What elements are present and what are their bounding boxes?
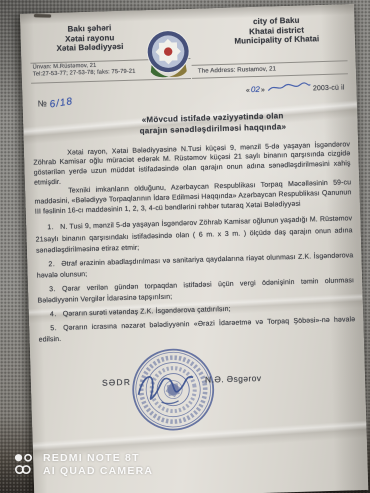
official-round-stamp-icon (121, 338, 225, 442)
date-year: 2003-cü il (313, 84, 345, 92)
pen-mark (34, 14, 51, 17)
watermark-line2: AI QUAD CAMERA (43, 465, 153, 478)
document-number-field: №6/18 (38, 97, 74, 109)
date-quote-open: « (246, 87, 250, 94)
item-text: N. Tusi 9, mənzil 5-də yaşayan İsgəndəro… (36, 216, 353, 255)
handwritten-month-scrawl-icon (267, 81, 311, 93)
date-field: « 02 » 2003-cü il (246, 80, 345, 94)
number-label: № (38, 98, 48, 108)
letterhead-azerbaijani: Bakı şəhəri Xətai rayonu Xətai Bələdiyyə… (33, 22, 146, 54)
item-number: 2. (48, 261, 55, 268)
document-content: Bakı şəhəri Xətai rayonu Xətai Bələdiyyə… (20, 4, 368, 493)
decision-items: 1.N. Tusi 9, mənzil 5-də yaşayan İsgəndə… (35, 214, 356, 346)
item-text: Qərarın surəti vətəndaş Z.K. İsgəndərova… (63, 306, 231, 318)
address-english: The Address: Rustamov, 21 (192, 60, 348, 79)
letterhead-english: city of Baku Khatai district Municipalit… (206, 14, 347, 49)
letterhead-municipality-az: Xətai Bələdiyyəsi (34, 41, 146, 54)
item-number: 1. (47, 225, 54, 232)
quad-camera-icon (14, 453, 34, 477)
azerbaijan-emblem-icon (144, 27, 192, 80)
watermark-line1: REDMI NOTE 8T (43, 452, 153, 465)
date-quote-close: » (261, 86, 265, 93)
item-number: 5. (50, 325, 57, 332)
document-title: «Mövcud istifadə vəziyyətində olan qaraj… (90, 108, 336, 138)
watermark-text: REDMI NOTE 8T AI QUAD CAMERA (43, 452, 153, 478)
handwritten-day: 02 (251, 84, 260, 93)
document-paper: Bakı şəhəri Xətai rayonu Xətai Bələdiyyə… (20, 4, 368, 493)
photo-of-document: Bakı şəhəri Xətai rayonu Xətai Bələdiyyə… (0, 0, 370, 493)
camera-watermark: REDMI NOTE 8T AI QUAD CAMERA (14, 452, 153, 478)
handwritten-number: 6/18 (49, 96, 74, 110)
item-number: 3. (49, 286, 56, 293)
item-number: 4. (50, 311, 57, 318)
